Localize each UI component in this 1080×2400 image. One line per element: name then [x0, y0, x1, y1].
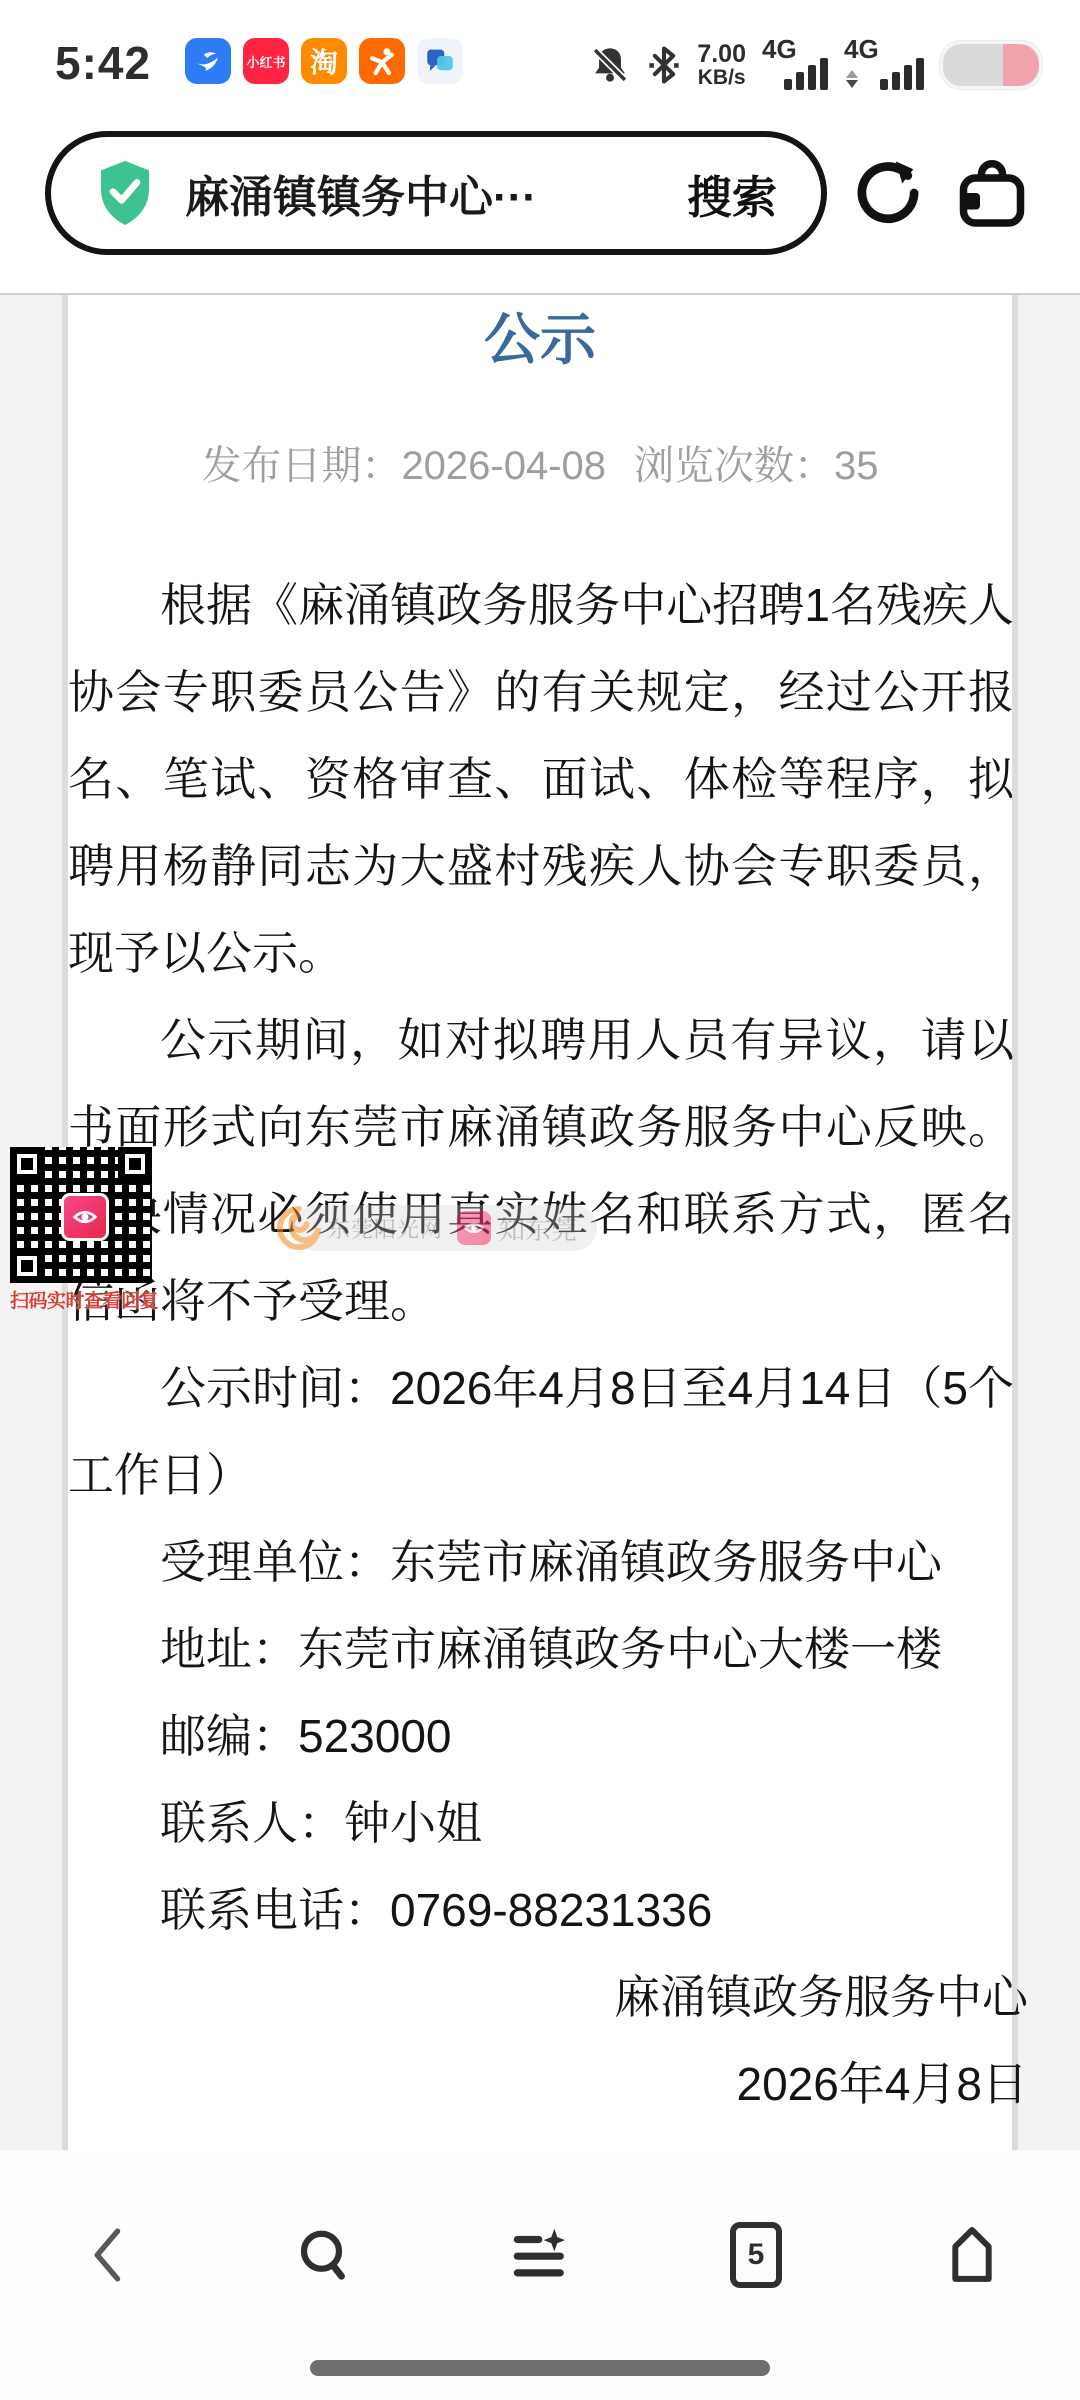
- paragraph: 根据《麻涌镇政务服务中心招聘1名残疾人协会专职委员公告》的有关规定，经过公开报名…: [68, 562, 1014, 997]
- watermark-site-name: 东莞阳光网: [328, 1213, 443, 1244]
- sim2-signal: 4G: [844, 36, 924, 94]
- publish-date-label: 发布日期：: [201, 444, 401, 488]
- dingtalk-app-icon: [185, 38, 231, 84]
- bell-muted-icon: [589, 44, 631, 86]
- sim1-signal: 4G: [762, 36, 828, 94]
- menu-button[interactable]: [480, 2210, 600, 2300]
- status-indicators: 7.00 KB/s 4G 4G: [589, 30, 1042, 100]
- qr-center-logo: [61, 1193, 109, 1241]
- chat-bubbles-glyph: [423, 44, 457, 78]
- secure-site-shield-icon: [93, 158, 157, 228]
- sim2-signal-bars: [880, 58, 924, 90]
- eye-logo-glyph: [72, 1204, 98, 1230]
- refresh-icon: [850, 155, 926, 231]
- sun-network-logo: [276, 1205, 322, 1251]
- network-speed-value: 7.00: [697, 41, 746, 67]
- clock: 5:42: [55, 36, 151, 90]
- sim2-network-type: 4G: [844, 34, 879, 65]
- status-bar: 5:42 小红书 淘: [0, 30, 1080, 100]
- person-glyph: [365, 44, 399, 78]
- signature-org: 麻涌镇政务服务中心: [68, 1954, 1028, 2041]
- qr-overlay: 扫码实时查看回复: [10, 1147, 156, 1313]
- home-button[interactable]: [912, 2210, 1032, 2300]
- article-body: 根据《麻涌镇政务服务中心招聘1名残疾人协会专职委员公告》的有关规定，经过公开报名…: [68, 562, 1014, 2128]
- back-chevron-icon: [81, 2224, 135, 2286]
- views-count: 35: [834, 444, 879, 488]
- qr-finder-pattern: [118, 1147, 152, 1181]
- xiaohongshu-label: 小红书: [246, 52, 285, 71]
- paragraph: 联系电话：0769-88231336: [68, 1867, 1014, 1954]
- paragraph: 联系人：钟小姐: [68, 1780, 1014, 1867]
- search-icon: [294, 2225, 354, 2285]
- page-right-gutter: [1012, 295, 1080, 2150]
- article-title: 公示: [0, 296, 1080, 376]
- article-meta: 发布日期：2026-04-08浏览次数：35: [0, 434, 1080, 491]
- network-speed-unit: KB/s: [698, 67, 746, 89]
- paragraph: 受理单位：东莞市麻涌镇政务服务中心: [68, 1519, 1014, 1606]
- sim1-signal-bars: [784, 58, 828, 90]
- data-arrows-icon: [846, 70, 858, 88]
- watermark-app-logo: [457, 1211, 491, 1245]
- notification-icons: 小红书 淘: [185, 38, 463, 84]
- dianping-app-icon: [359, 38, 405, 84]
- back-button[interactable]: [48, 2210, 168, 2300]
- refresh-button[interactable]: [848, 150, 928, 236]
- phone-screen: 5:42 小红书 淘: [0, 0, 1080, 2400]
- site-title[interactable]: 麻涌镇镇务中心···: [185, 161, 537, 225]
- toolbar-divider: [0, 293, 1080, 295]
- gesture-handle[interactable]: [310, 2360, 770, 2376]
- watermark-app-name: 知东莞: [499, 1210, 577, 1247]
- publish-date: 2026-04-08: [401, 444, 606, 488]
- bluetooth-icon: [647, 43, 681, 87]
- toolbox-button[interactable]: [952, 150, 1032, 236]
- tab-count-badge: 5: [730, 2222, 782, 2288]
- taobao-app-icon: 淘: [301, 38, 347, 84]
- toolbox-icon: [956, 155, 1028, 231]
- tabs-button[interactable]: 5: [696, 2210, 816, 2300]
- paragraph: 公示期间，如对拟聘用人员有异议，请以书面形式向东莞市麻涌镇政务服务中心反映。反映…: [68, 997, 1014, 1345]
- signature-date: 2026年4月8日: [68, 2041, 1028, 2128]
- taobao-label: 淘: [310, 41, 338, 81]
- qr-caption: 扫码实时查看回复: [10, 1286, 156, 1313]
- site-watermark: 东莞阳光网 知东莞: [276, 1203, 597, 1253]
- menu-sparkle-icon: [509, 2226, 571, 2284]
- views-label: 浏览次数：: [634, 444, 834, 488]
- qr-code: [10, 1147, 152, 1283]
- home-icon: [943, 2224, 1001, 2286]
- search-nav-button[interactable]: [264, 2210, 384, 2300]
- network-speed: 7.00 KB/s: [697, 41, 746, 89]
- xiaohongshu-app-icon: 小红书: [243, 38, 289, 84]
- wing-glyph: [191, 44, 225, 78]
- battery-level: [1003, 44, 1039, 86]
- paragraph: 公示时间：2026年4月8日至4月14日（5个工作日）: [68, 1345, 1014, 1519]
- chat-app-icon: [417, 38, 463, 84]
- paragraph: 邮编：523000: [68, 1693, 1014, 1780]
- browser-toolbar: 麻涌镇镇务中心··· 搜索: [0, 128, 1080, 260]
- battery-icon: [940, 41, 1042, 89]
- qr-finder-pattern: [10, 1249, 44, 1283]
- paragraph: 地址：东莞市麻涌镇政务中心大楼一楼: [68, 1606, 1014, 1693]
- address-bar[interactable]: 麻涌镇镇务中心··· 搜索: [45, 131, 827, 255]
- watermark-pill: 东莞阳光网 知东莞: [294, 1205, 597, 1251]
- search-button[interactable]: 搜索: [687, 161, 777, 226]
- qr-finder-pattern: [10, 1147, 44, 1181]
